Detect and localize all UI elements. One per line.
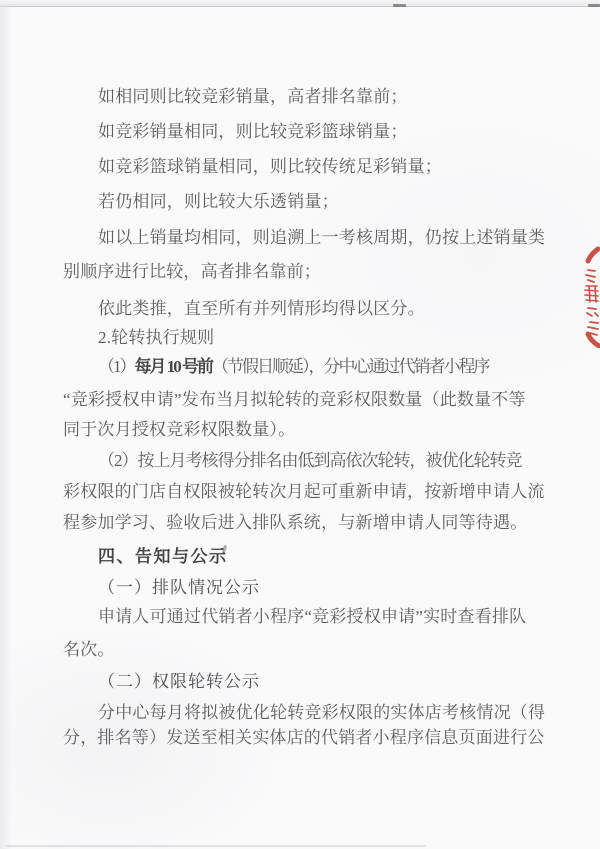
text-line: （1）每月 10 号前（节假日顺延），分中心通过代销者小程序 — [98, 355, 489, 378]
text-line: 如竞彩篮球销量相同，则比较传统足彩销量； — [98, 155, 442, 178]
text-line: 如以上销量均相同，则追溯上一考核周期，仍按上述销量类 — [98, 226, 545, 249]
text-line: 2.轮转执行规则 — [98, 326, 214, 349]
text-line: 申请人可通过代销者小程序“竞彩授权申请”实时查看排队 — [98, 605, 526, 628]
document-text-block: 如相同则比较竞彩销量，高者排名靠前；如竞彩销量相同，则比较竞彩篮球销量；如竞彩篮… — [0, 0, 600, 849]
text-line: 分中心每月将拟被优化轮转竞彩权限的实体店考核情况（得 — [98, 701, 545, 724]
text-line: “竞彩授权申请”发布当月拟轮转的竞彩权限数量（此数量不等 — [63, 388, 526, 411]
scanned-document-page: 如相同则比较竞彩销量，高者排名靠前；如竞彩销量相同，则比较竞彩篮球销量；如竞彩篮… — [0, 0, 600, 849]
text-line: 如竞彩销量相同，则比较竞彩篮球销量； — [98, 120, 408, 143]
sub-heading: （一）排队情况公示 — [98, 576, 260, 599]
text-line: 彩权限的门店自权限被轮转次月起可重新申请，按新增申请人流 — [63, 480, 545, 503]
text-line: 依此类推，直至所有并列情形均得以区分。 — [98, 297, 425, 320]
text-line: 别顺序进行比较，高者排名靠前； — [63, 260, 321, 283]
text-line: 如相同则比较竞彩销量，高者排名靠前； — [98, 85, 408, 108]
text-line: 分，排名等）发送至相关实体店的代销者小程序信息页面进行公 — [63, 726, 545, 749]
text-line: 程参加学习、验收后进入排队系统，与新增申请人同等待遇。 — [63, 511, 527, 534]
sub-heading: （二）权限轮转公示 — [98, 670, 260, 693]
text-line: 名次。 — [63, 638, 115, 661]
text-line: 若仍相同，则比较大乐透销量； — [98, 190, 339, 213]
text-line: 同于次月授权竞彩权限数量）。 — [63, 418, 295, 441]
text-segment: （节假日顺延），分中心通过代销者小程序 — [212, 357, 489, 376]
text-segment: （1） — [98, 357, 135, 376]
section-heading: 四、告知与公示 — [98, 545, 228, 568]
text-line: （2）按上月考核得分排名由低到高依次轮转，被优化轮转竞 — [98, 449, 522, 472]
red-seal-fragment — [575, 246, 600, 348]
bold-text-segment: 每月 10 号前 — [135, 357, 213, 376]
